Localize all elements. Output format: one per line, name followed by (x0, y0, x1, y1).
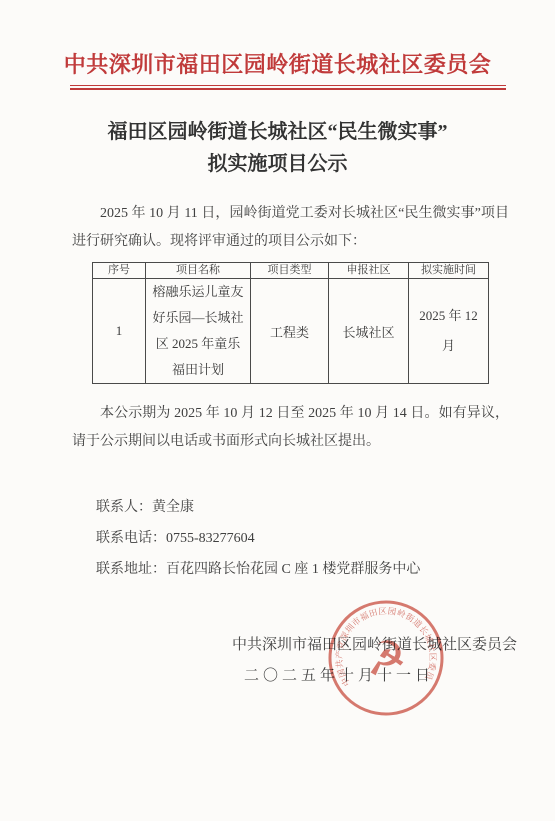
projects-table: 序号 项目名称 项目类型 申报社区 拟实施时间 1 榕融乐运儿童友好乐园—长城社… (92, 262, 489, 384)
cell-planned-time: 2025 年 12 月 (409, 279, 489, 384)
notice-document-page: 中共深圳市福田区园岭街道长城社区委员会 福田区园岭街道长城社区“民生微实事” 拟… (0, 0, 555, 821)
signature-date: 二〇二五年十月十一日 (0, 661, 434, 691)
col-header-community: 申报社区 (329, 263, 409, 279)
cell-project-name: 榕融乐运儿童友好乐园—长城社区 2025 年童乐福田计划 (146, 279, 251, 384)
table-row: 1 榕融乐运儿童友好乐园—长城社区 2025 年童乐福田计划 工程类 长城社区 … (93, 279, 489, 384)
contact-person: 联系人：黄全康 (96, 492, 509, 523)
notice-period-paragraph: 本公示期为 2025 年 10 月 12 日至 2025 年 10 月 14 日… (72, 400, 509, 456)
col-header-planned-time: 拟实施时间 (409, 263, 489, 279)
document-title: 福田区园岭街道长城社区“民生微实事” 拟实施项目公示 (0, 116, 555, 180)
signature-org: 中共深圳市福田区园岭街道长城社区委员会 (0, 631, 517, 659)
col-header-project-type: 项目类型 (251, 263, 329, 279)
col-header-project-name: 项目名称 (146, 263, 251, 279)
table-header-row: 序号 项目名称 项目类型 申报社区 拟实施时间 (93, 263, 489, 279)
col-header-index: 序号 (93, 263, 146, 279)
intro-paragraph: 2025 年 10 月 11 日，园岭街道党工委对长城社区“民生微实事”项目进行… (72, 200, 509, 256)
document-title-line2: 拟实施项目公示 (0, 148, 555, 180)
document-title-line1: 福田区园岭街道长城社区“民生微实事” (0, 116, 555, 148)
cell-index: 1 (93, 279, 146, 384)
cell-project-type: 工程类 (251, 279, 329, 384)
cell-community: 长城社区 (329, 279, 409, 384)
contact-phone: 联系电话：0755-83277604 (96, 523, 509, 554)
contact-block: 联系人：黄全康 联系电话：0755-83277604 联系地址：百花四路长怡花园… (96, 492, 509, 585)
letterhead-org-title: 中共深圳市福田区园岭街道长城社区委员会 (28, 50, 527, 80)
letterhead-divider-rule (70, 85, 506, 90)
contact-address: 联系地址：百花四路长怡花园 C 座 1 楼党群服务中心 (96, 554, 509, 585)
